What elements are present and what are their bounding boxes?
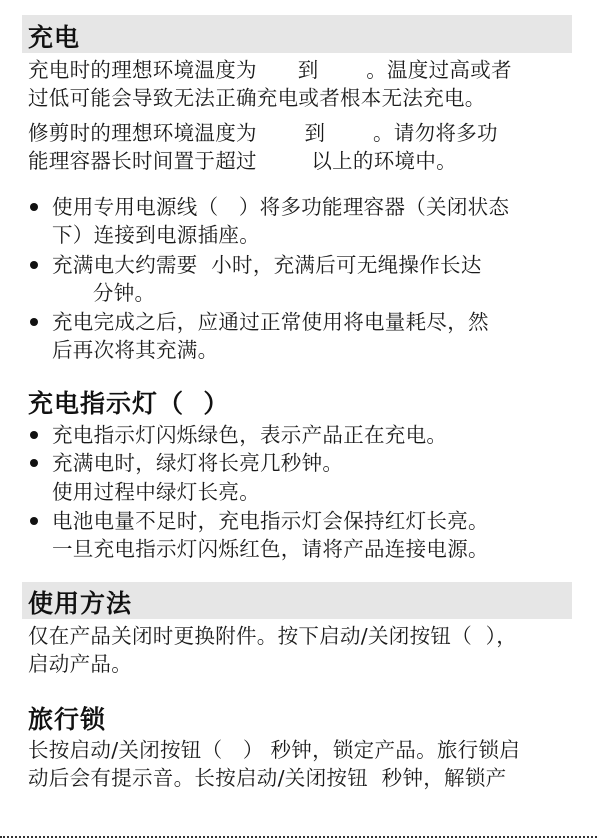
charging-bullet-2-line-2: 分钟。 bbox=[52, 279, 155, 307]
page-bottom-divider bbox=[0, 836, 597, 838]
charging-bullet-3-line-2: 后再次将其充满。 bbox=[52, 336, 218, 364]
section-title-usage: 使用方法 bbox=[28, 584, 132, 620]
indicator-bullet-2-line-1: 充满电时，绿灯将长亮几秒钟。 bbox=[52, 449, 343, 477]
charging-temp-text-line-2: 过低可能会导致无法正确充电或者根本无法充电。 bbox=[28, 84, 486, 112]
section-title-charge-indicator: 充电指示灯（ ） bbox=[28, 384, 229, 420]
indicator-bullet-3-line-1: 电池电量不足时，充电指示灯会保持红灯长亮。 bbox=[52, 507, 489, 535]
bullet-icon bbox=[30, 459, 38, 467]
section-title-charging: 充电 bbox=[28, 18, 80, 54]
bullet-icon bbox=[30, 517, 38, 525]
trimming-temp-text-line-2: 能理容器长时间置于超过 以上的环境中。 bbox=[28, 147, 457, 175]
usage-text-line-2: 启动产品。 bbox=[28, 650, 132, 678]
travel-lock-text-line-2: 动后会有提示音。长按启动/关闭按钮 秒钟，解锁产 bbox=[28, 764, 506, 792]
charging-temp-text-line-1: 充电时的理想环境温度为 到 。温度过高或者 bbox=[28, 56, 512, 84]
section-title-travel-lock: 旅行锁 bbox=[28, 700, 106, 736]
section-header-bar-charging bbox=[22, 15, 572, 53]
bullet-icon bbox=[30, 318, 38, 326]
charging-bullet-3-line-1: 充电完成之后，应通过正常使用将电量耗尽，然 bbox=[52, 308, 489, 336]
trimming-temp-text-line-1: 修剪时的理想环境温度为 到 。请勿将多功 bbox=[28, 119, 498, 147]
charging-bullet-1-line-2: 下）连接到电源插座。 bbox=[52, 221, 260, 249]
travel-lock-text-line-1: 长按启动/关闭按钮（ ） 秒钟，锁定产品。旅行锁启 bbox=[28, 736, 520, 764]
bullet-icon bbox=[30, 431, 38, 439]
charging-bullet-1-line-1: 使用专用电源线（ ）将多功能理容器（关闭状态 bbox=[52, 193, 509, 221]
bullet-icon bbox=[30, 261, 38, 269]
usage-text-line-1: 仅在产品关闭时更换附件。按下启动/关闭按钮（ ）， bbox=[28, 622, 517, 650]
charging-bullet-2-line-1: 充满电大约需要 小时，充满后可无绳操作长达 bbox=[52, 251, 482, 279]
indicator-bullet-1-line-1: 充电指示灯闪烁绿色，表示产品正在充电。 bbox=[52, 421, 447, 449]
indicator-bullet-2-line-2: 使用过程中绿灯长亮。 bbox=[52, 478, 260, 506]
indicator-bullet-3-line-2: 一旦充电指示灯闪烁红色，请将产品连接电源。 bbox=[52, 535, 489, 563]
bullet-icon bbox=[30, 203, 38, 211]
